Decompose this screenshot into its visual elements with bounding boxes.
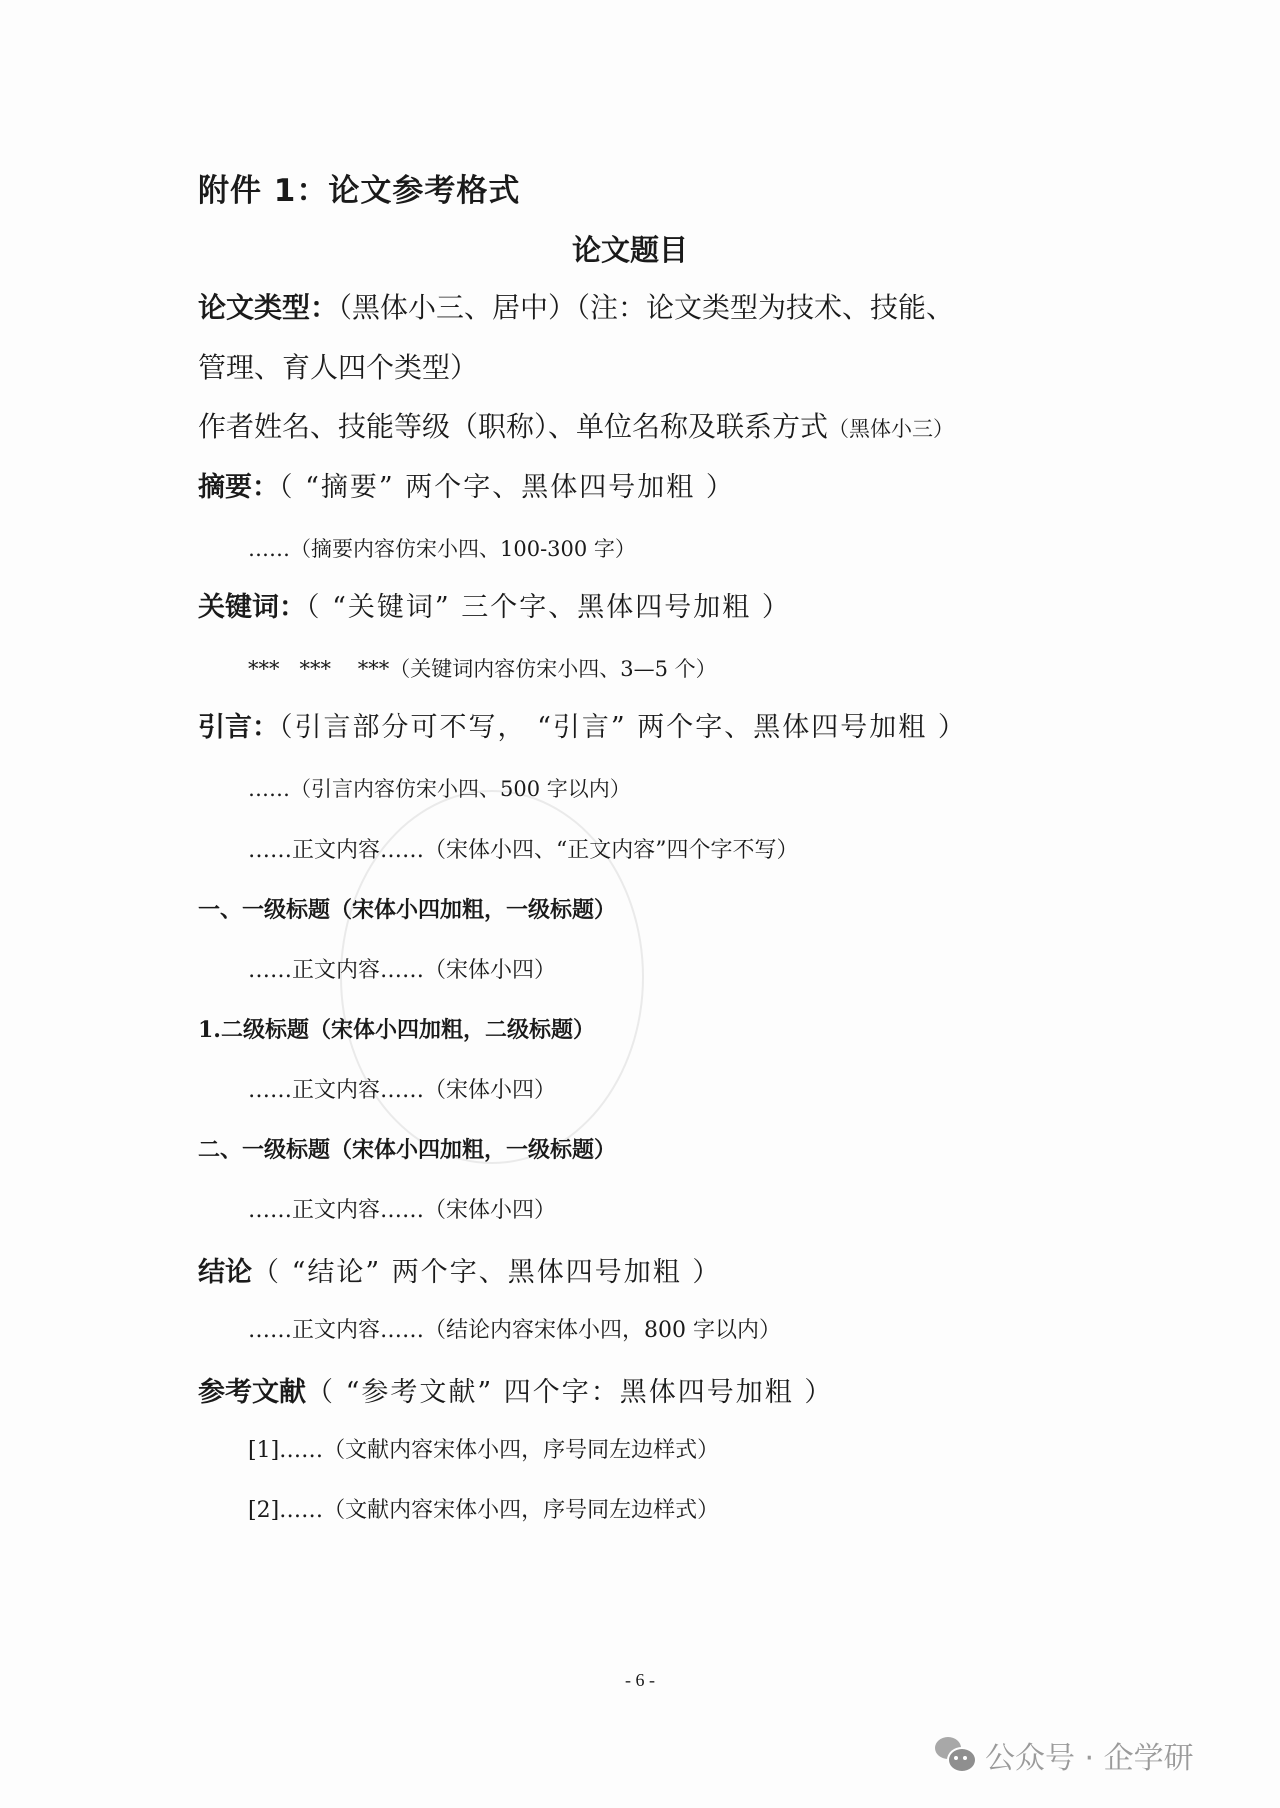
attachment-title: 附件 1：论文参考格式	[198, 165, 520, 210]
paper-type-continued: 管理、育人四个类型）	[198, 346, 478, 386]
keywords-heading: 关键词：（ “关键词” 三个字、黑体四号加粗 ）	[198, 585, 791, 624]
paper-type-line: 论文类型：（黑体小三、居中）（注：论文类型为技术、技能、	[198, 286, 954, 326]
references-text: （ “参考文献” 四个字：黑体四号加粗 ）	[306, 1377, 833, 1408]
keywords-content: *** *** ***（关键词内容仿宋小四、3—5 个）	[248, 653, 717, 683]
conclusion-label: 结论	[198, 1257, 252, 1288]
watermark-text: 公众号 · 企学研	[985, 1733, 1194, 1777]
intro-label: 引言：	[198, 712, 279, 743]
body-content-a: ……正文内容……（宋体小四）	[248, 953, 556, 984]
document-page: 附件 1：论文参考格式 论文题目 论文类型：（黑体小三、居中）（注：论文类型为技…	[0, 0, 1280, 1808]
intro-heading: 引言：（引言部分可不写， “引言” 两个字、黑体四号加粗 ）	[198, 705, 967, 744]
wechat-icon	[935, 1737, 975, 1773]
abstract-content: ……（摘要内容仿宋小四、100-300 字）	[248, 533, 636, 563]
heading-level2: 1.二级标题（宋体小四加粗，二级标题）	[198, 1013, 595, 1044]
keywords-text: （ “关键词” 三个字、黑体四号加粗 ）	[306, 592, 791, 623]
body-content-c: ……正文内容……（宋体小四）	[248, 1193, 556, 1224]
page-number: - 6 -	[0, 1670, 1280, 1691]
reference-item-1: [1]……（文献内容宋体小四，序号同左边样式）	[248, 1433, 719, 1464]
abstract-heading: 摘要：（ “摘要” 两个字、黑体四号加粗 ）	[198, 465, 735, 504]
heading-level1-first: 一、一级标题（宋体小四加粗，一级标题）	[198, 893, 616, 924]
abstract-label: 摘要：	[198, 472, 279, 503]
references-heading: 参考文献（ “参考文献” 四个字：黑体四号加粗 ）	[198, 1370, 833, 1409]
reference-item-2: [2]……（文献内容宋体小四，序号同左边样式）	[248, 1493, 719, 1524]
heading-level1-second: 二、一级标题（宋体小四加粗，一级标题）	[198, 1133, 616, 1164]
conclusion-text: （ “结论” 两个字、黑体四号加粗 ）	[252, 1257, 721, 1288]
author-text: 作者姓名、技能等级（职称）、单位名称及联系方式	[198, 410, 828, 443]
references-label: 参考文献	[198, 1377, 306, 1408]
intro-text: （引言部分可不写， “引言” 两个字、黑体四号加粗 ）	[279, 712, 967, 743]
intro-content: ……（引言内容仿宋小四、500 字以内）	[248, 773, 631, 803]
conclusion-heading: 结论（ “结论” 两个字、黑体四号加粗 ）	[198, 1250, 721, 1289]
keywords-label: 关键词：	[198, 592, 306, 623]
body-content-note: ……正文内容……（宋体小四、“正文内容”四个字不写）	[248, 833, 799, 864]
author-note: （黑体小三）	[828, 417, 954, 441]
conclusion-content: ……正文内容……（结论内容宋体小四，800 字以内）	[248, 1313, 781, 1344]
abstract-text: （ “摘要” 两个字、黑体四号加粗 ）	[279, 472, 735, 503]
body-content-b: ……正文内容……（宋体小四）	[248, 1073, 556, 1104]
paper-type-label: 论文类型：	[198, 291, 338, 324]
paper-type-text: （黑体小三、居中）（注：论文类型为技术、技能、	[338, 291, 954, 324]
watermark: 公众号 · 企学研	[935, 1733, 1194, 1777]
paper-title: 论文题目	[0, 228, 1260, 269]
author-line: 作者姓名、技能等级（职称）、单位名称及联系方式（黑体小三）	[198, 405, 954, 445]
